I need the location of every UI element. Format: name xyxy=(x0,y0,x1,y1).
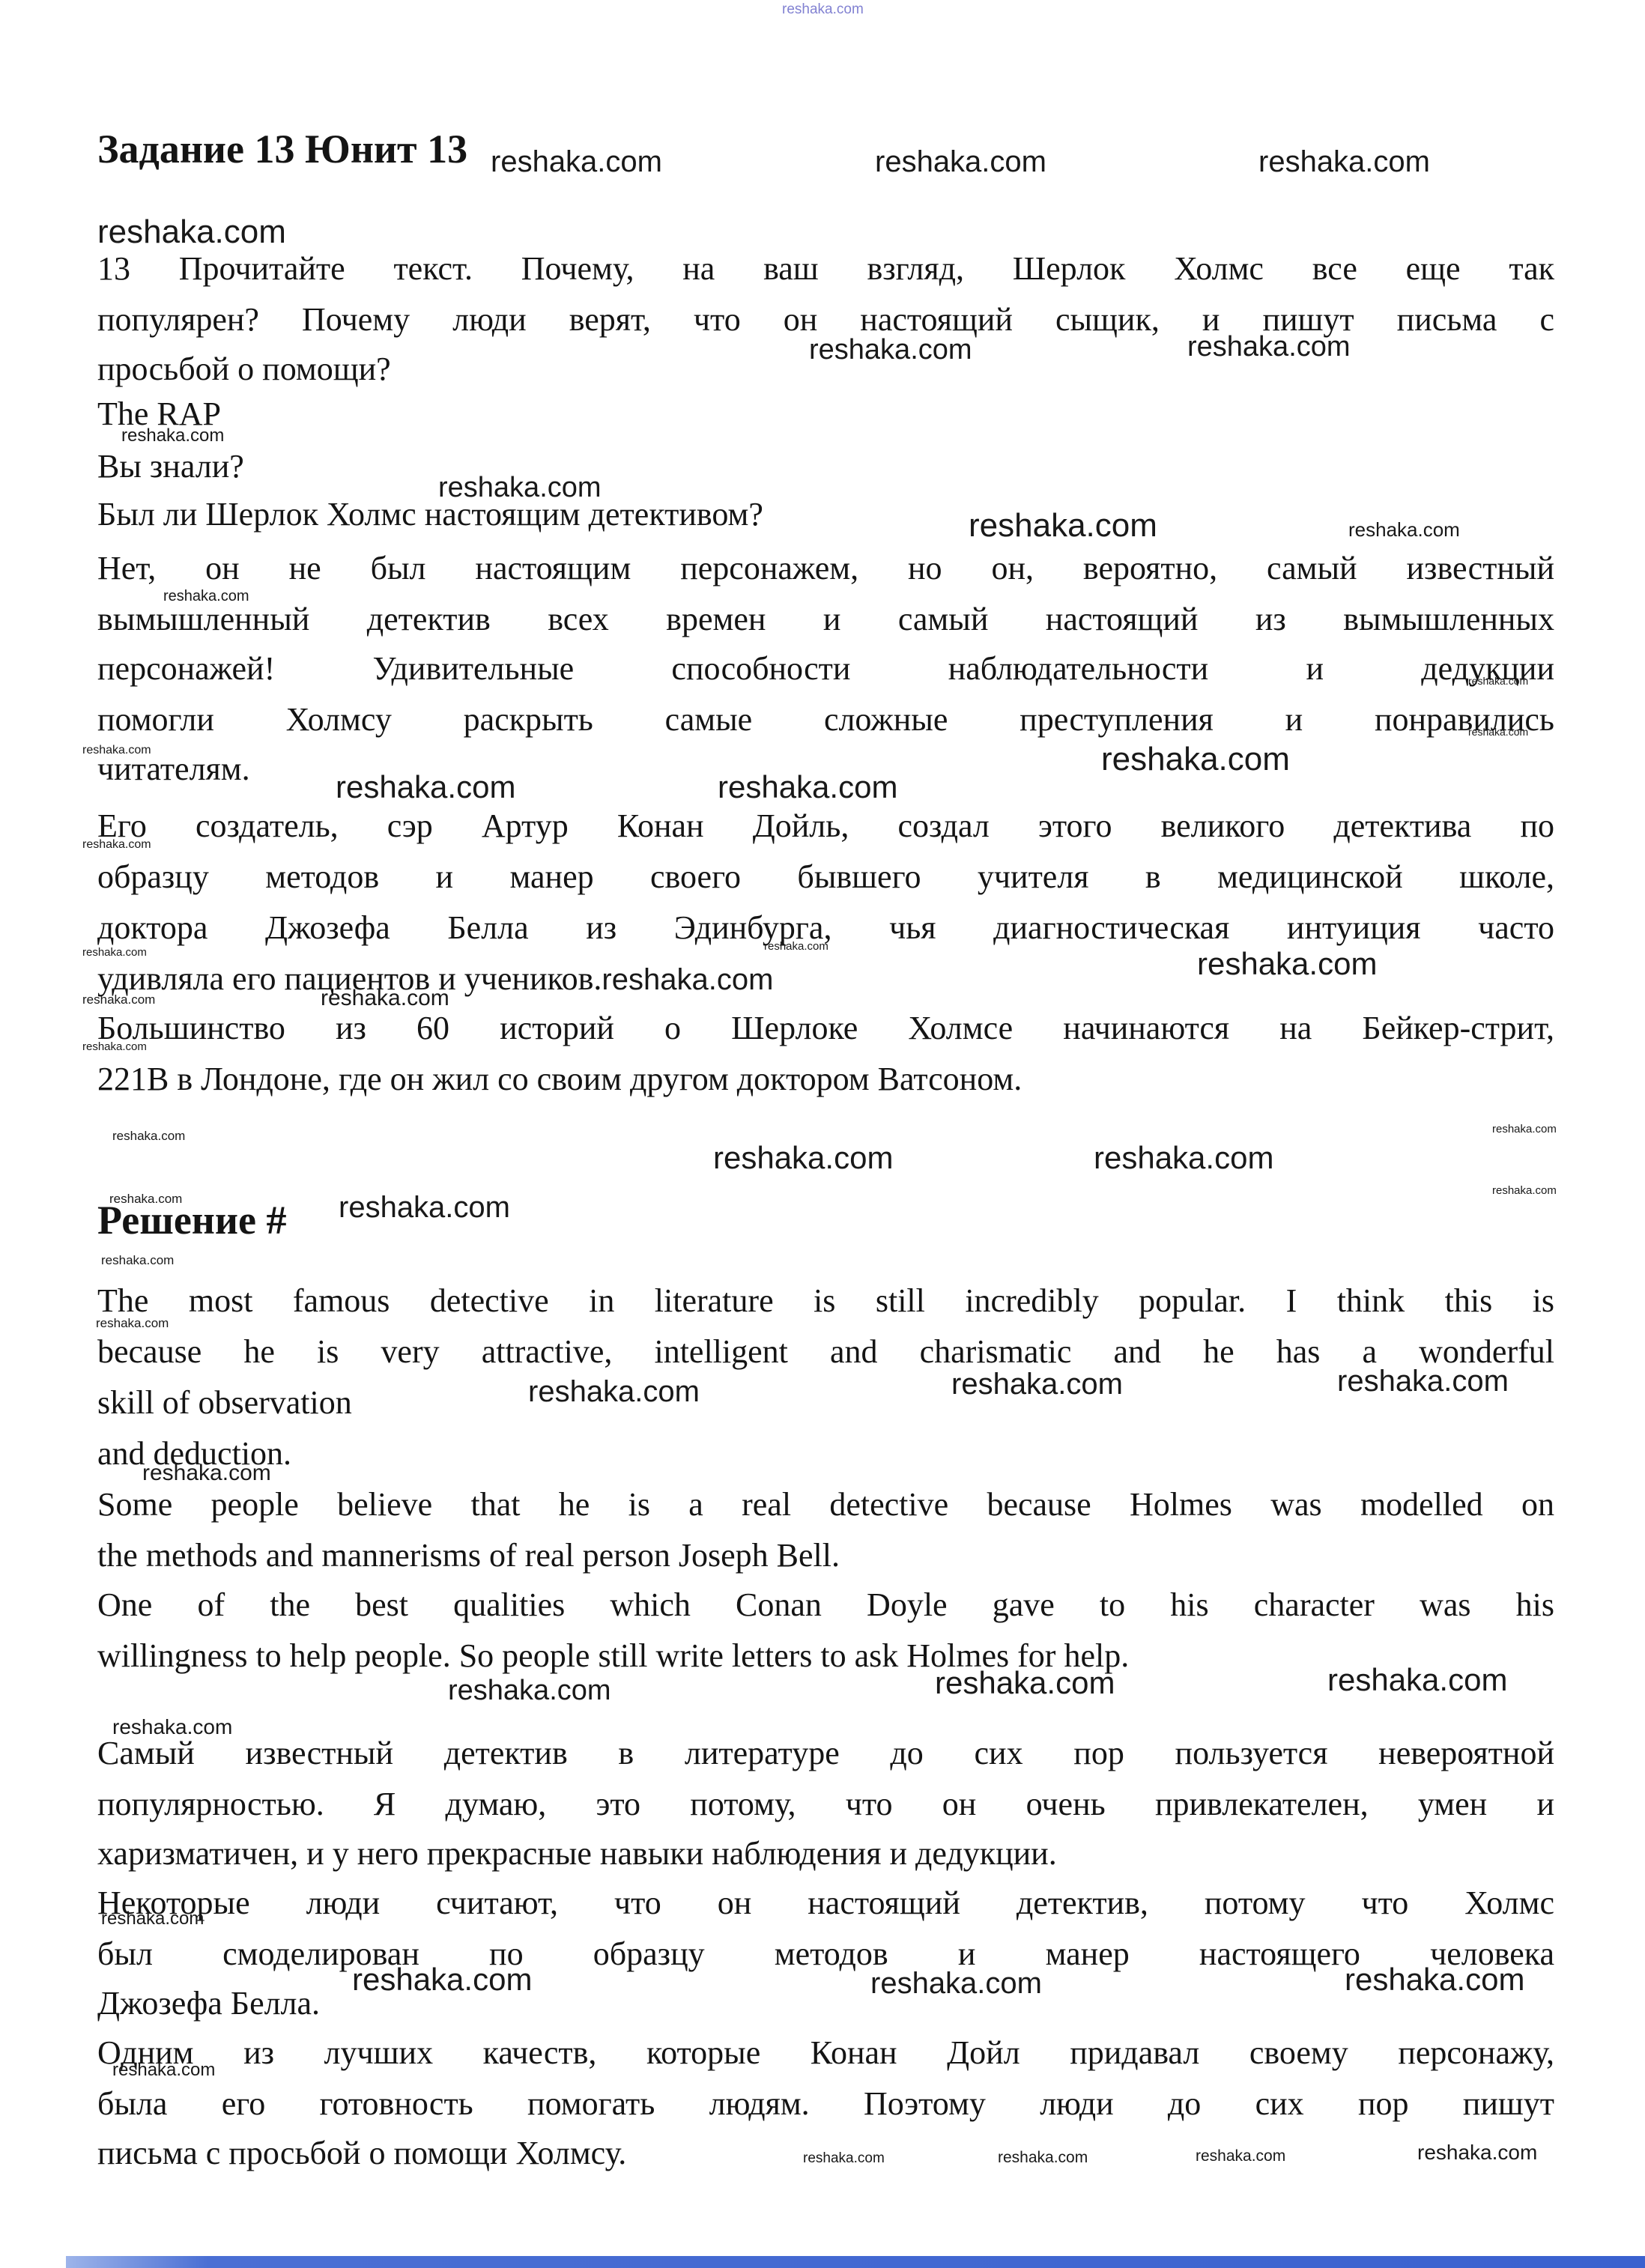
watermark: reshaka.com xyxy=(1468,676,1528,686)
document-page: reshaka.com Задание 13 Юнит 13 reshaka.c… xyxy=(0,0,1645,2268)
watermark: reshaka.com xyxy=(870,1968,1042,1998)
solution-en-line: The most famous detective in literature … xyxy=(97,1282,1554,1321)
watermark: reshaka.com xyxy=(82,947,147,958)
watermark: reshaka.com xyxy=(101,1254,174,1267)
reading-line: Нет, он не был настоящим персонажем, но … xyxy=(97,550,1554,588)
watermark: reshaka.com xyxy=(602,963,773,996)
task-line: просьбой о помощи? xyxy=(97,351,391,389)
reading-line: персонажей! Удивительные способности наб… xyxy=(97,650,1554,688)
watermark: reshaka.com xyxy=(491,147,662,177)
solution-heading: Решение # xyxy=(97,1197,287,1243)
watermark: reshaka.com xyxy=(112,1130,185,1142)
watermark: reshaka.com xyxy=(1468,727,1528,737)
watermark: reshaka.com xyxy=(1417,2142,1537,2163)
watermark: reshaka.com xyxy=(998,2150,1088,2165)
solution-ru-line: Самый известный детектив в литературе до… xyxy=(97,1735,1554,1773)
watermark: reshaka.com xyxy=(718,771,897,803)
watermark: reshaka.com xyxy=(142,1462,271,1485)
watermark: reshaka.com xyxy=(97,216,286,249)
solution-ru-line: популярностью. Я думаю, это потому, что … xyxy=(97,1786,1554,1824)
watermark: reshaka.com xyxy=(713,1142,893,1174)
did-you-know: Вы знали? xyxy=(97,448,244,486)
watermark: reshaka.com xyxy=(352,1964,532,1995)
watermark: reshaka.com xyxy=(1337,1366,1509,1396)
watermark: reshaka.com xyxy=(82,1041,147,1052)
watermark: reshaka.com xyxy=(82,993,155,1006)
reading-question: Был ли Шерлок Холмс настоящим детективом… xyxy=(97,496,763,534)
watermark: reshaka.com xyxy=(82,839,151,851)
reading-line: вымышленный детектив всех времен и самый… xyxy=(97,601,1554,639)
watermark: reshaka.com xyxy=(448,1676,611,1705)
solution-ru-line: Некоторые люди считают, что он настоящий… xyxy=(97,1885,1554,1923)
watermark: reshaka.com xyxy=(96,1317,169,1329)
watermark: reshaka.com xyxy=(1345,1964,1524,1995)
reading-line: помогли Холмсу раскрыть самые сложные пр… xyxy=(97,701,1554,739)
watermark: reshaka.com xyxy=(1197,948,1377,980)
task-line: 13 Прочитайте текст. Почему, на ваш взгл… xyxy=(97,250,1554,288)
watermark: reshaka.com xyxy=(935,1667,1115,1699)
reading-line: Его создатель, сэр Артур Конан Дойль, со… xyxy=(97,807,1554,846)
watermark: reshaka.com xyxy=(1187,333,1351,361)
reading-line: читателям. xyxy=(97,751,250,789)
reading-line: 221B в Лондоне, где он жил со своим друг… xyxy=(97,1061,1022,1099)
watermark: reshaka.com xyxy=(1258,147,1430,177)
watermark: reshaka.com xyxy=(969,509,1157,542)
watermark: reshaka.com xyxy=(1492,1124,1557,1135)
solution-en-line: because he is very attractive, intellige… xyxy=(97,1333,1554,1371)
watermark: reshaka.com xyxy=(339,1192,510,1222)
page-title: Задание 13 Юнит 13 xyxy=(97,126,467,172)
solution-ru-line: письма с просьбой о помощи Холмсу. xyxy=(97,2135,626,2173)
top-watermark: reshaka.com xyxy=(782,2,864,16)
solution-en-line: Some people believe that he is a real de… xyxy=(97,1486,1554,1524)
watermark: reshaka.com xyxy=(336,771,515,803)
solution-ru-line: харизматичен, и у него прекрасные навыки… xyxy=(97,1835,1057,1873)
watermark: reshaka.com xyxy=(764,941,828,952)
watermark: reshaka.com xyxy=(875,147,1046,177)
watermark: reshaka.com xyxy=(1348,520,1460,539)
solution-en-line: One of the best qualities which Conan Do… xyxy=(97,1586,1554,1625)
watermark: reshaka.com xyxy=(101,1910,204,1928)
solution-ru-line: была его готовность помогать людям. Поэт… xyxy=(97,2085,1554,2123)
watermark: reshaka.com xyxy=(112,2061,215,2079)
watermark: reshaka.com xyxy=(1094,1142,1273,1174)
watermark: reshaka.com xyxy=(803,2151,885,2165)
watermark: reshaka.com xyxy=(1101,743,1290,776)
solution-ru-line: Джозефа Белла. xyxy=(97,1985,320,2023)
reading-line: Большинство из 60 историй о Шерлоке Холм… xyxy=(97,1010,1554,1048)
solution-en-line: skill of observation xyxy=(97,1384,352,1422)
watermark: reshaka.com xyxy=(809,336,972,364)
reading-line: образцу методов и манер своего бывшего у… xyxy=(97,858,1554,897)
solution-ru-line: был смоделирован по образцу методов и ма… xyxy=(97,1935,1554,1974)
watermark: reshaka.com xyxy=(1327,1664,1507,1696)
watermark: reshaka.com xyxy=(321,987,449,1010)
watermark: reshaka.com xyxy=(528,1377,700,1407)
bottom-accent-bar xyxy=(66,2256,1645,2268)
watermark: reshaka.com xyxy=(951,1369,1123,1399)
solution-en-line: the methods and mannerisms of real perso… xyxy=(97,1537,840,1575)
watermark: reshaka.com xyxy=(121,427,224,445)
watermark: reshaka.com xyxy=(1492,1185,1557,1196)
watermark: reshaka.com xyxy=(1196,2148,1285,2164)
solution-ru-line: Одним из лучших качеств, которые Конан Д… xyxy=(97,2034,1554,2073)
